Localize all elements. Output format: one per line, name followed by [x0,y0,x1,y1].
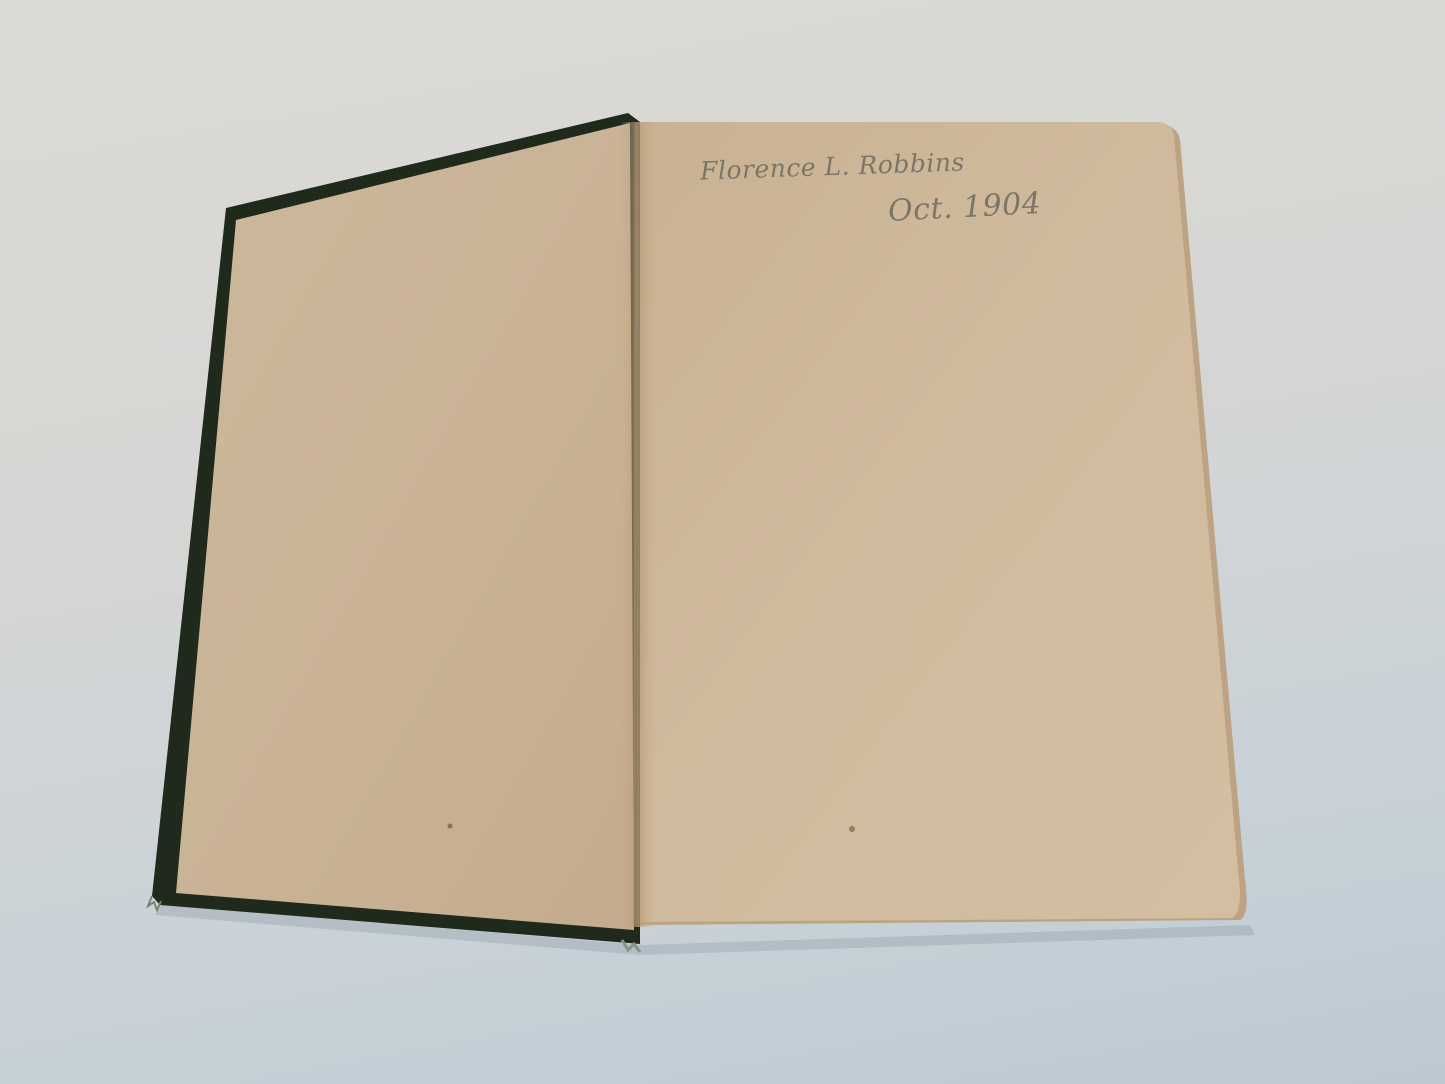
foxing-spot [849,826,855,832]
spine-gutter [620,122,656,927]
free-endpaper-page [640,122,1240,922]
foxing-spot [448,824,453,829]
book-photo: Florence L. Robbins Oct. 1904 [0,0,1445,1084]
pastedown-page [176,123,634,930]
